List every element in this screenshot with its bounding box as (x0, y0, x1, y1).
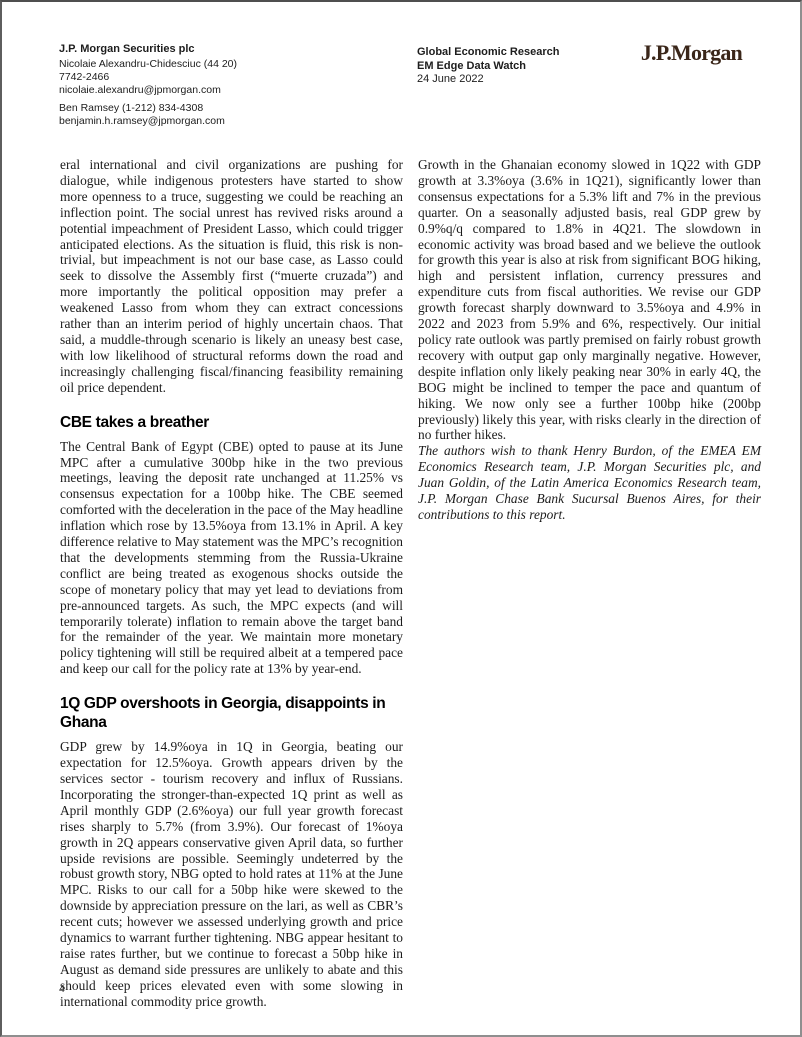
body-paragraph: eral international and civil organizatio… (60, 157, 403, 396)
contact-email[interactable]: nicolaie.alexandru@jpmorgan.com (59, 84, 237, 97)
body-paragraph: Growth in the Ghanaian economy slowed in… (418, 157, 761, 443)
contact-entry: Nicolaie Alexandru-Chidesciuc (44 20) 77… (59, 58, 237, 97)
body-paragraph: The Central Bank of Egypt (CBE) opted to… (60, 439, 403, 678)
contact-email[interactable]: benjamin.h.ramsey@jpmorgan.com (59, 115, 237, 128)
page-number: 4 (59, 983, 65, 995)
section-heading: CBE takes a breather (60, 413, 403, 432)
company-name: J.P. Morgan Securities plc (59, 43, 237, 56)
jpmorgan-logo: J.P.Morgan (641, 40, 742, 66)
publication-info-block: Global Economic Research EM Edge Data Wa… (417, 46, 559, 87)
acknowledgement-paragraph: The authors wish to thank Henry Burdon, … (418, 443, 761, 523)
left-column: eral international and civil organizatio… (60, 157, 403, 1010)
contact-name-phone: Nicolaie Alexandru-Chidesciuc (44 20) (59, 58, 237, 71)
contact-phone: 7742-2466 (59, 71, 237, 84)
author-contact-block: J.P. Morgan Securities plc Nicolaie Alex… (59, 43, 237, 133)
publication-date: 24 June 2022 (417, 73, 559, 87)
section-heading: 1Q GDP overshoots in Georgia, disappoint… (60, 694, 403, 732)
contact-entry: Ben Ramsey (1-212) 834-4308 benjamin.h.r… (59, 102, 237, 128)
document-page: J.P. Morgan Securities plc Nicolaie Alex… (0, 0, 802, 1037)
publication-title: EM Edge Data Watch (417, 60, 559, 74)
research-group-label: Global Economic Research (417, 46, 559, 60)
body-paragraph: GDP grew by 14.9%oya in 1Q in Georgia, b… (60, 739, 403, 1009)
right-column: Growth in the Ghanaian economy slowed in… (418, 157, 761, 523)
contact-name-phone: Ben Ramsey (1-212) 834-4308 (59, 102, 237, 115)
